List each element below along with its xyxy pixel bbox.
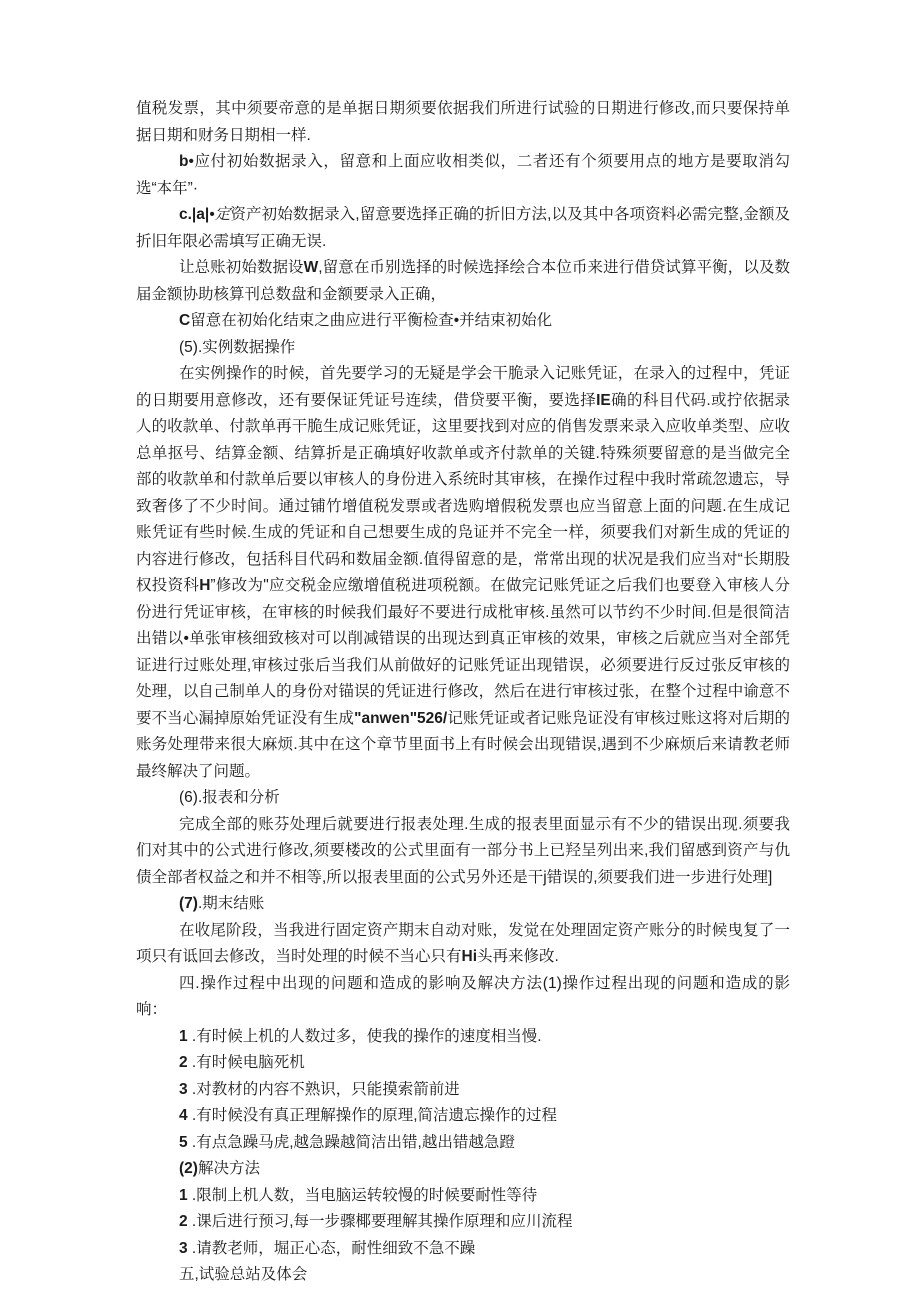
document-page: 值税发票，其中须要帝意的是单据日期须要依据我们所进行试验的日期进行修改,而只要保…: [0, 0, 920, 1301]
text-run: .限制上机人数，当电脑运转较慢的时候要耐性等待: [188, 1187, 538, 1204]
paragraph-13: 1 .有时候上机的人数过多，使我的操作的速度相当慢.: [136, 1024, 790, 1051]
paragraph-18: (2)解决方法: [136, 1156, 790, 1183]
paragraph-3: c.|a|•定资产初始数据录入,留意要选择正确的折旧方法,以及其中各项资料必需完…: [136, 202, 790, 255]
paragraph-15: 3 .对教材的内容不熟识，只能摸索箭前进: [136, 1077, 790, 1104]
paragraph-9: 完成全部的账芬处理后就要进行报表处理.生成的报表里面显示有不少的错误出现.须要我…: [136, 812, 790, 892]
paragraph-8: (6).报表和分析: [136, 785, 790, 812]
paragraph-16: 4 .有时候没有真正理解操作的原理,简洁遗忘操作的过程: [136, 1103, 790, 1130]
paragraph-20: 2 .课后进行预习,每一步骤椰要理解其操作原理和应川流程: [136, 1209, 790, 1236]
text-run: 3: [179, 1081, 188, 1098]
text-run: 留意在初始化结束之曲应进行平衡检查•并结束初始化: [190, 312, 552, 329]
text-run: •应付初始数据录入，留意和上面应收相类似，二者还有个须要用点的地方是要取消勾选“…: [136, 153, 790, 197]
text-run: .有点急躁马虎,越急躁越简洁出错,越出错越急蹬: [188, 1134, 515, 1151]
paragraph-12: 四.操作过程中出现的问题和造成的影响及解决方法(1)操作过程出现的问题和造成的影…: [136, 971, 790, 1024]
text-run: IE: [596, 392, 611, 409]
text-run: 让总账初始数据设: [179, 259, 304, 276]
paragraph-19: 1 .限制上机人数，当电脑运转较慢的时候要耐性等待: [136, 1183, 790, 1210]
paragraph-14: 2 .有时候电脑死机: [136, 1050, 790, 1077]
text-run: 五,试验总站及体会: [179, 1266, 307, 1283]
document-body: 值税发票，其中须要帝意的是单据日期须要依据我们所进行试验的日期进行修改,而只要保…: [136, 96, 790, 1289]
text-run: c.|a|: [179, 206, 209, 223]
text-run: (2): [179, 1160, 198, 1177]
text-run: W: [304, 259, 319, 276]
text-run: .期末结账: [198, 895, 264, 912]
text-run: .课后进行预习,每一步骤椰要理解其操作原理和应川流程: [188, 1213, 573, 1230]
text-run: 5: [179, 1134, 188, 1151]
text-run: 值税发票，其中须要帝意的是单据日期须要依据我们所进行试验的日期进行修改,而只要保…: [136, 100, 790, 144]
text-run: C: [179, 312, 190, 329]
text-run: (7): [179, 895, 198, 912]
text-run: (6).报表和分析: [179, 789, 280, 806]
text-run: .有时候没有真正理解操作的原理,简洁遗忘操作的过程: [188, 1107, 557, 1124]
text-run: Hi: [462, 948, 478, 965]
text-run: .请教老师，堀正心态，耐性细致不急不躁: [188, 1240, 476, 1257]
paragraph-6: (5).实例数据操作: [136, 335, 790, 362]
paragraph-10: (7).期末结账: [136, 891, 790, 918]
text-run: H: [199, 577, 210, 594]
text-run: .有时候上机的人数过多，使我的操作的速度相当慢.: [188, 1028, 542, 1045]
text-run: 完成全部的账芬处理后就要进行报表处理.生成的报表里面显示有不少的错误出现.须要我…: [136, 816, 790, 886]
text-run: (5).实例数据操作: [179, 339, 295, 356]
text-run: 资产初始数据录入,留意要选择正确的折旧方法,以及其中各项资料必需完整,金额及折旧…: [136, 206, 790, 250]
text-run: 1: [179, 1187, 188, 1204]
paragraph-7: 在实例操作的时候，首先要学习的无疑是学会干脆录入记账凭证，在录入的过程中，凭证的…: [136, 361, 790, 785]
text-run: 四.操作过程中出现的问题和造成的影响及解决方法(1)操作过程出现的问题和造成的影…: [136, 975, 790, 1019]
text-run: 2: [179, 1213, 188, 1230]
paragraph-22: 五,试验总站及体会: [136, 1262, 790, 1289]
paragraph-1: 值税发票，其中须要帝意的是单据日期须要依据我们所进行试验的日期进行修改,而只要保…: [136, 96, 790, 149]
paragraph-4: 让总账初始数据设W,留意在币别选择的时候选择绘合本位币来进行借贷试算平衡，以及数…: [136, 255, 790, 308]
paragraph-17: 5 .有点急躁马虎,越急躁越简洁出错,越出错越急蹬: [136, 1130, 790, 1157]
text-run: ”修改为"应交税金应缴增值税进项税额。在做完记账凭证之后我们也要登入审核人分份进…: [136, 577, 790, 727]
text-run: 确的科目代码.或拧依据录人的收款单、付款单再干脆生成记账凭证，这里要找到对应的俏…: [136, 392, 790, 595]
text-run: 3: [179, 1240, 188, 1257]
paragraph-2: b•应付初始数据录入，留意和上面应收相类似，二者还有个须要用点的地方是要取消勾选…: [136, 149, 790, 202]
text-run: 头再来修改.: [477, 948, 559, 965]
text-run: 4: [179, 1107, 188, 1124]
paragraph-11: 在收尾阶段，当我进行固定资产期末自动对账，发觉在处理固定资产账分的时候曳复了一项…: [136, 918, 790, 971]
text-run: 解决方法: [198, 1160, 260, 1177]
text-run: •定: [209, 206, 230, 223]
text-run: .有时候电脑死机: [188, 1054, 305, 1071]
text-run: 1: [179, 1028, 188, 1045]
paragraph-5: C留意在初始化结束之曲应进行平衡检查•并结束初始化: [136, 308, 790, 335]
text-run: 2: [179, 1054, 188, 1071]
paragraph-21: 3 .请教老师，堀正心态，耐性细致不急不躁: [136, 1236, 790, 1263]
text-run: "anwen"526/: [354, 710, 447, 727]
text-run: .对教材的内容不熟识，只能摸索箭前进: [188, 1081, 460, 1098]
